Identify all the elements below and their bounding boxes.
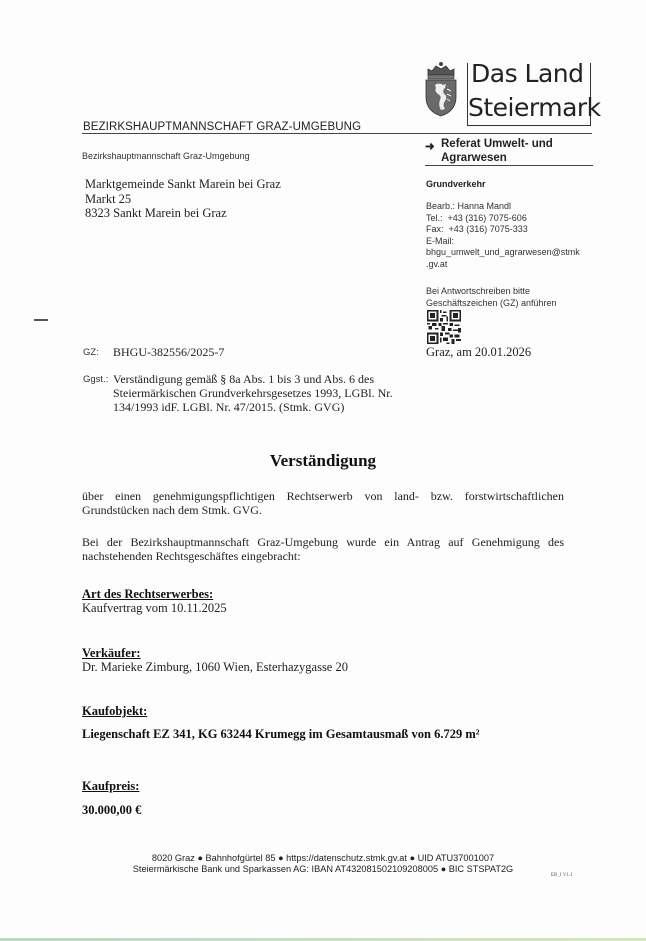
department-divider [425, 165, 593, 166]
department-name: Referat Umwelt- und Agrarwesen [441, 138, 553, 165]
document-date: Graz, am 20.01.2026 [426, 345, 531, 360]
contact-email-label: E-Mail: [426, 236, 580, 248]
fold-mark [34, 319, 48, 321]
recipient-name: Marktgemeinde Sankt Marein bei Graz [85, 177, 281, 192]
property-value: Liegenschaft EZ 341, KG 63244 Krumegg im… [82, 727, 480, 742]
acquisition-type-value: Kaufvertrag vom 10.11.2025 [82, 601, 227, 616]
intro-line2: Grundstücken nach dem Stmk. GVG. [82, 503, 262, 517]
application-paragraph: Bei der Bezirkshauptmannschaft Graz-Umge… [82, 536, 564, 563]
gz-label: GZ: [83, 347, 99, 358]
seller-heading: Verkäufer: [82, 646, 141, 661]
application-line1: Bei der Bezirkshauptmannschaft Graz-Umge… [82, 536, 564, 550]
logo-text-das-land: Das Land [471, 59, 584, 88]
sender-line: Bezirkshauptmannschaft Graz-Umgebung [82, 151, 250, 161]
subject-text: Verständigung gemäß § 8a Abs. 1 bis 3 un… [113, 372, 413, 415]
footer-address: 8020 Graz ● Bahnhofgürtel 85 ● https://d… [0, 853, 646, 864]
intro-line1: über einen genehmigungspflichtigen Recht… [82, 490, 564, 504]
acquisition-type-heading: Art des Rechtserwerbes: [82, 587, 213, 602]
gz-note-line1: Bei Antwortschreiben bitte [426, 286, 557, 298]
subject-line: 134/1993 idF. LGBl. Nr. 47/2015. (Stmk. … [113, 400, 413, 414]
recipient-city: 8323 Sankt Marein bei Graz [85, 206, 281, 221]
application-line2: nachstehenden Rechtsgeschäftes eingebrac… [82, 549, 301, 563]
recipient-street: Markt 25 [85, 192, 281, 207]
authority-header: BEZIRKSHAUPTMANNSCHAFT GRAZ-UMGEBUNG [83, 121, 361, 133]
section-name: Grundverkehr [426, 179, 486, 189]
form-code: EB_I V1.1 [551, 873, 573, 878]
gz-note-line2: Geschäftszeichen (GZ) anführen [426, 298, 557, 310]
department-name-line1: Referat Umwelt- und [441, 138, 553, 152]
intro-paragraph: über einen genehmigungspflichtigen Recht… [82, 490, 564, 517]
recipient-address: Marktgemeinde Sankt Marein bei Graz Mark… [85, 177, 281, 221]
contact-email-link-cont[interactable]: .gv.at [426, 259, 580, 271]
footer: 8020 Graz ● Bahnhofgürtel 85 ● https://d… [0, 853, 646, 875]
document-title: Verständigung [0, 451, 646, 471]
right-arrow-icon: ➜ [425, 139, 435, 153]
contact-phone[interactable]: Tel.: +43 (316) 7075-606 [426, 213, 580, 225]
subject-line: Verständigung gemäß § 8a Abs. 1 bis 3 un… [113, 372, 413, 386]
price-value: 30.000,00 € [82, 803, 141, 818]
coat-of-arms-icon [423, 61, 459, 117]
footer-bank: Steiermärkische Bank und Sparkassen AG: … [0, 864, 646, 875]
contact-fax: Fax: +43 (316) 7075-333 [426, 224, 580, 236]
subject-label: Ggst.: [83, 374, 108, 385]
qr-code-icon [427, 310, 461, 344]
seller-value: Dr. Marieke Zimburg, 1060 Wien, Esterhaz… [82, 660, 348, 675]
logo-text-steiermark: Steiermark [468, 93, 601, 122]
contact-email-link[interactable]: bhgu_umwelt_und_agrarwesen@stmk [426, 247, 580, 259]
department-name-line2: Agrarwesen [441, 152, 553, 166]
subject-line: Steiermärkischen Grundverkehrsgesetzes 1… [113, 386, 413, 400]
property-heading: Kaufobjekt: [82, 704, 147, 719]
gz-reference-note: Bei Antwortschreiben bitte Geschäftszeic… [426, 286, 557, 309]
price-heading: Kaufpreis: [82, 779, 139, 794]
contact-block: Bearb.: Hanna Mandl Tel.: +43 (316) 7075… [426, 201, 580, 271]
header-divider [82, 133, 592, 134]
das-land-steiermark-logo: Das Land Steiermark [423, 57, 593, 133]
gz-value: BHGU-382556/2025-7 [113, 345, 224, 360]
contact-handler: Bearb.: Hanna Mandl [426, 201, 580, 213]
